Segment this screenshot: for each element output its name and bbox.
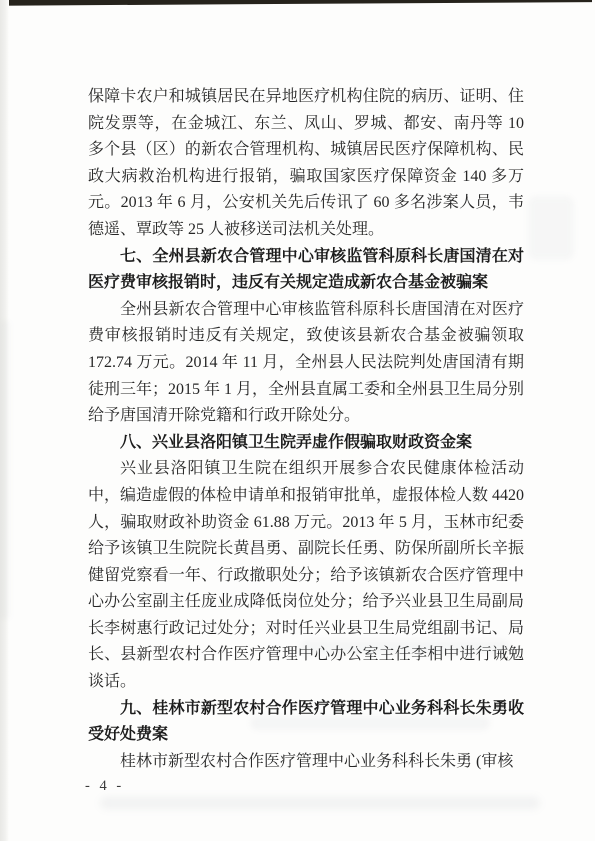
paragraph: 保障卡农户和城镇居民在异地医疗机构住院的病历、证明、住院发票等，在金城江、东兰、… (88, 84, 524, 244)
paragraph: 全州县新农合管理中心审核监管科原科长唐国清在对医疗费审核报销时违反有关规定，致使… (88, 297, 524, 430)
paragraph: 兴业县洛阳镇卫生院在组织开展参合农民健康体检活动中，编造虚假的体检申请单和报销审… (88, 456, 524, 695)
scan-top-edge (0, 0, 592, 6)
scanned-document-page: 保障卡农户和城镇居民在异地医疗机构住院的病历、证明、住院发票等，在金城江、东兰、… (0, 0, 595, 841)
scan-artifact (528, 196, 574, 260)
page-number: - 4 - (85, 778, 124, 795)
document-body: 保障卡农户和城镇居民在异地医疗机构住院的病历、证明、住院发票等，在金城江、东兰、… (88, 84, 524, 775)
scan-left-edge (0, 0, 9, 841)
scan-artifact (100, 797, 540, 809)
paragraph: 桂林市新型农村合作医疗管理中心业务科科长朱勇 (审核 (88, 749, 524, 776)
paragraph: 七、全州县新农合管理中心审核监管科原科长唐国清在对医疗费审核报销时，违反有关规定… (88, 244, 524, 297)
paragraph: 九、桂林市新型农村合作医疗管理中心业务科科长朱勇收受好处费案 (88, 696, 524, 749)
paragraph: 八、兴业县洛阳镇卫生院弄虚作假骗取财政资金案 (88, 430, 524, 457)
